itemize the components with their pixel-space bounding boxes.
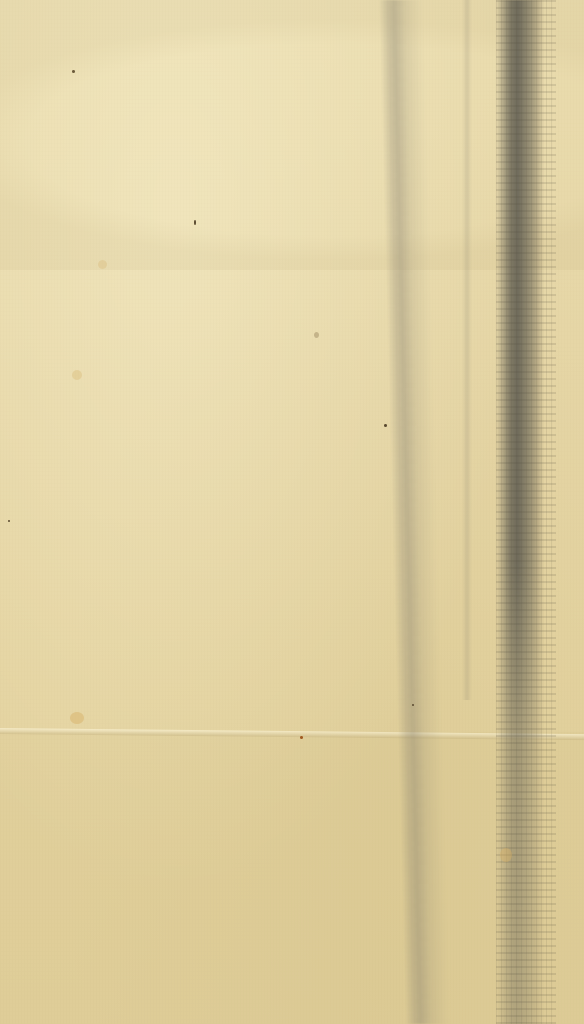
foxing-stain bbox=[72, 370, 82, 380]
debris-speck bbox=[384, 424, 387, 427]
debris-speck bbox=[314, 332, 319, 338]
ink-dry-brush-speckle bbox=[496, 0, 556, 1024]
debris-speck bbox=[72, 70, 75, 73]
debris-speck bbox=[194, 220, 196, 225]
debris-speck bbox=[8, 520, 10, 522]
foxing-stain bbox=[500, 848, 512, 862]
foxing-stain bbox=[98, 260, 107, 269]
foxing-stain bbox=[70, 712, 84, 724]
thin-ink-trace bbox=[462, 0, 472, 700]
debris-speck bbox=[300, 736, 303, 739]
aged-paper-scroll bbox=[0, 0, 584, 1024]
debris-speck bbox=[412, 704, 414, 706]
